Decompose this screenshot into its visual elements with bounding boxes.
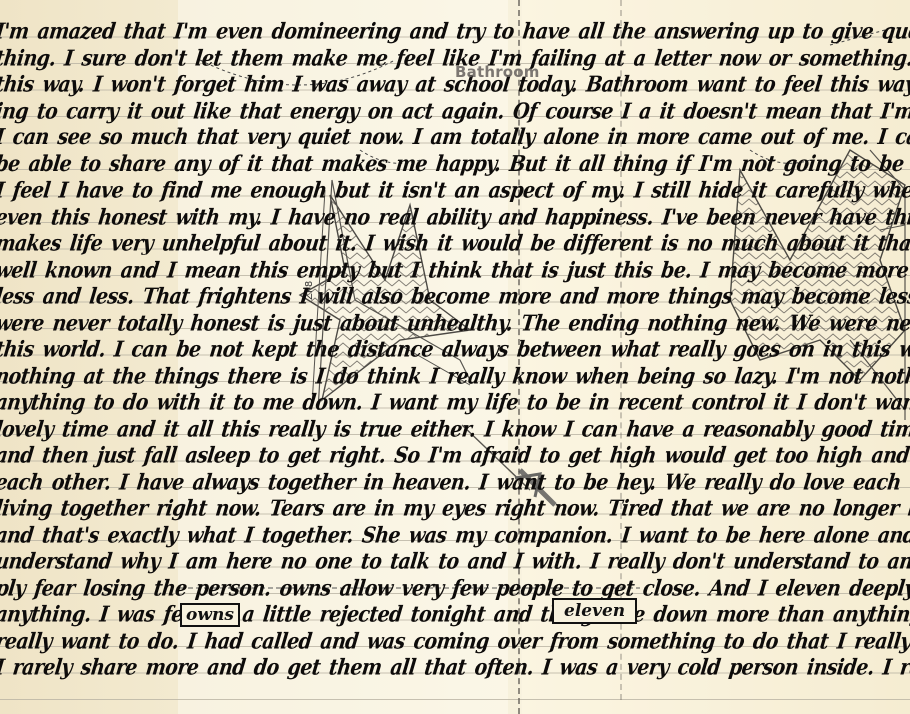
handwriting-line: even this honest with my. I have no real… bbox=[0, 204, 910, 229]
boxed-word-eleven: eleven bbox=[552, 598, 637, 624]
handwriting-line: ply fear losing the person. owns allow v… bbox=[0, 575, 910, 600]
handwriting-line: and that's exactly what I together. She … bbox=[0, 522, 910, 547]
handwriting-line: I can see so much that very quiet now. I… bbox=[0, 125, 910, 150]
handwriting-line: well known and I mean this empty but I t… bbox=[0, 257, 910, 282]
handwriting-line: I'm amazed that I'm even domineering and… bbox=[0, 19, 910, 44]
handwriting-line: be able to share any of it that makes me… bbox=[0, 151, 910, 176]
handwriting-line: ing to carry it out like that energy on … bbox=[0, 98, 910, 123]
handwriting-block: I'm amazed that I'm even domineering and… bbox=[0, 0, 910, 714]
boxed-word-owns: owns bbox=[180, 603, 240, 627]
handwriting-line: lovely time and it all this really is tr… bbox=[0, 416, 910, 441]
handwriting-line: really want to do. I had called and was … bbox=[0, 628, 910, 653]
bathroom-stamp-label: Bathroom bbox=[455, 63, 540, 81]
handwriting-line: were never totally honest is just about … bbox=[0, 310, 910, 335]
handwriting-line: anything to do with it to me down. I wan… bbox=[0, 390, 910, 415]
handwriting-line: I rarely share more and do get them all … bbox=[0, 655, 910, 680]
handwriting-line: this world. I can be not kept the distan… bbox=[0, 337, 910, 362]
handwriting-line: less and less. That frightens I will als… bbox=[0, 284, 910, 309]
handwriting-line: understand why I am here no one to talk … bbox=[0, 549, 910, 574]
handwriting-line: and then just fall asleep to get right. … bbox=[0, 443, 910, 468]
handwriting-line: living together right now. Tears are in … bbox=[0, 496, 910, 521]
handwriting-line: each other. I have always together in he… bbox=[0, 469, 910, 494]
handwriting-line: makes life very unhelpful about it. I wi… bbox=[0, 231, 910, 256]
handwriting-line: anything. I was feeling a little rejecte… bbox=[0, 602, 910, 627]
handwriting-line: nothing at the things there is I do thin… bbox=[0, 363, 910, 388]
handwriting-line: I feel I have to find me enough but it i… bbox=[0, 178, 910, 203]
